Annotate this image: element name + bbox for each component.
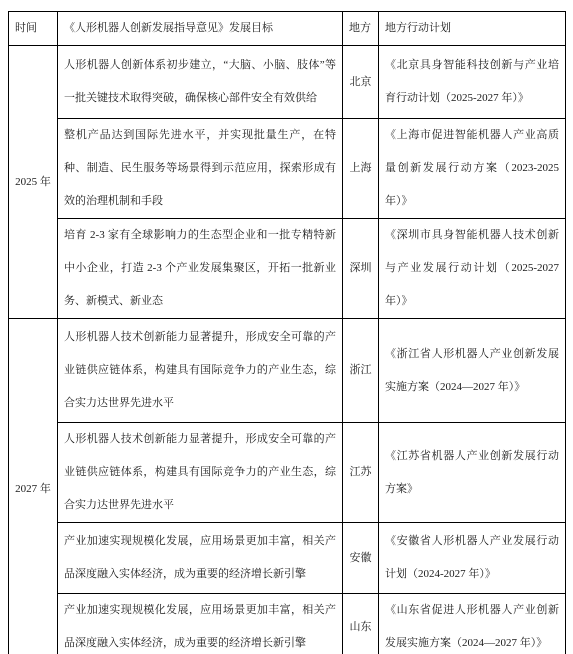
header-cell-time: 时间: [9, 12, 58, 46]
table-row: 整机产品达到国际先进水平，并实现批量生产，在特种、制造、民生服务等场景得到示范应…: [9, 119, 566, 219]
goal-cell: 产业加速实现规模化发展，应用场景更加丰富，相关产品深度融入实体经济，成为重要的经…: [58, 523, 343, 594]
region-cell: 上海: [343, 119, 379, 219]
header-cell-goal: 《人形机器人创新发展指导意见》发展目标: [58, 12, 343, 46]
region-cell: 深圳: [343, 219, 379, 319]
table-row: 产业加速实现规模化发展，应用场景更加丰富，相关产品深度融入实体经济，成为重要的经…: [9, 594, 566, 654]
goal-cell: 人形机器人技术创新能力显著提升，形成安全可靠的产业链供应链体系，构建具有国际竞争…: [58, 423, 343, 523]
goal-cell: 人形机器人技术创新能力显著提升，形成安全可靠的产业链供应链体系，构建具有国际竞争…: [58, 319, 343, 423]
policy-table: 时间 《人形机器人创新发展指导意见》发展目标 地方 地方行动计划 2025 年 …: [8, 11, 566, 654]
table-row: 2025 年 人形机器人创新体系初步建立，“大脑、小脑、肢体”等一批关键技术取得…: [9, 46, 566, 119]
table-row: 培育 2-3 家有全球影响力的生态型企业和一批专精特新中小企业，打造 2-3 个…: [9, 219, 566, 319]
region-cell: 浙江: [343, 319, 379, 423]
plan-cell: 《山东省促进人形机器人产业创新发展实施方案（2024—2027 年）》: [379, 594, 566, 654]
goal-cell: 整机产品达到国际先进水平，并实现批量生产，在特种、制造、民生服务等场景得到示范应…: [58, 119, 343, 219]
plan-cell: 《安徽省人形机器人产业发展行动计划（2024-2027 年）》: [379, 523, 566, 594]
table-row: 产业加速实现规模化发展，应用场景更加丰富，相关产品深度融入实体经济，成为重要的经…: [9, 523, 566, 594]
region-cell: 北京: [343, 46, 379, 119]
goal-cell: 产业加速实现规模化发展，应用场景更加丰富，相关产品深度融入实体经济，成为重要的经…: [58, 594, 343, 654]
time-cell-2027: 2027 年: [9, 319, 58, 654]
table-row: 人形机器人技术创新能力显著提升，形成安全可靠的产业链供应链体系，构建具有国际竞争…: [9, 423, 566, 523]
goal-cell: 人形机器人创新体系初步建立，“大脑、小脑、肢体”等一批关键技术取得突破，确保核心…: [58, 46, 343, 119]
plan-cell: 《上海市促进智能机器人产业高质量创新发展行动方案（2023-2025 年）》: [379, 119, 566, 219]
region-cell: 山东: [343, 594, 379, 654]
plan-cell: 《浙江省人形机器人产业创新发展实施方案（2024—2027 年）》: [379, 319, 566, 423]
region-cell: 安徽: [343, 523, 379, 594]
table-row: 2027 年 人形机器人技术创新能力显著提升，形成安全可靠的产业链供应链体系，构…: [9, 319, 566, 423]
header-cell-plan: 地方行动计划: [379, 12, 566, 46]
plan-cell: 《江苏省机器人产业创新发展行动方案》: [379, 423, 566, 523]
plan-cell: 《北京具身智能科技创新与产业培育行动计划（2025-2027 年）》: [379, 46, 566, 119]
time-cell-2025: 2025 年: [9, 46, 58, 319]
plan-cell: 《深圳市具身智能机器人技术创新与产业发展行动计划（2025-2027 年）》: [379, 219, 566, 319]
table-header-row: 时间 《人形机器人创新发展指导意见》发展目标 地方 地方行动计划: [9, 12, 566, 46]
document-page: 时间 《人形机器人创新发展指导意见》发展目标 地方 地方行动计划 2025 年 …: [0, 0, 573, 654]
region-cell: 江苏: [343, 423, 379, 523]
header-cell-region: 地方: [343, 12, 379, 46]
goal-cell: 培育 2-3 家有全球影响力的生态型企业和一批专精特新中小企业，打造 2-3 个…: [58, 219, 343, 319]
